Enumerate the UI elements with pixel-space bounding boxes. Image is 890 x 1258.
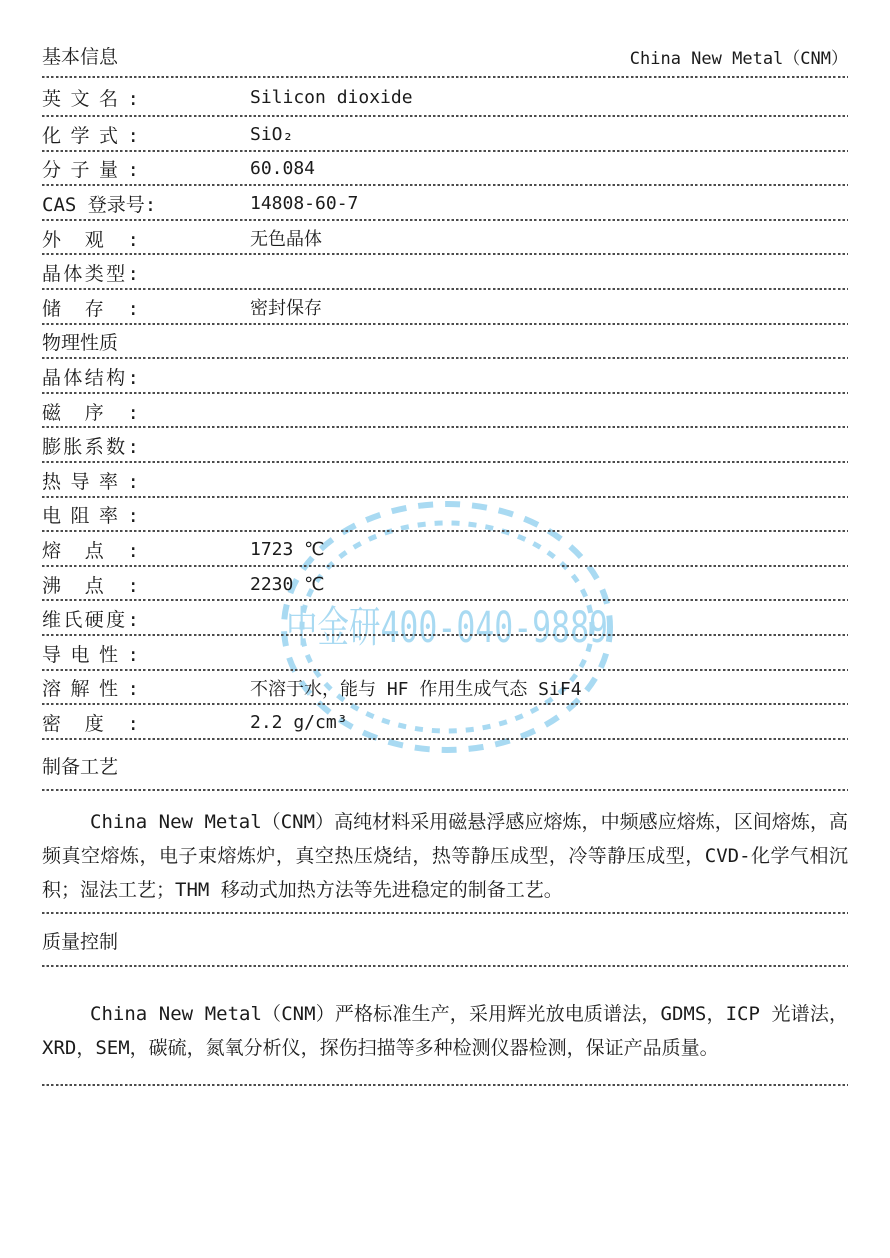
section-title-basic-info: 基本信息 bbox=[42, 42, 118, 69]
property-label: 晶体结构: bbox=[42, 363, 139, 390]
property-label: 储存: bbox=[42, 294, 139, 321]
property-label: 电阻率: bbox=[42, 501, 139, 528]
document-page: 中金研400-040-9889 基本信息 China New Metal（CNM… bbox=[0, 0, 890, 1258]
property-row: 熔点: 1723 ℃ bbox=[42, 532, 848, 567]
section-title-quality: 质量控制 bbox=[42, 927, 118, 954]
property-row: 沸点: 2230 ℃ bbox=[42, 567, 848, 602]
property-row: 储存: 密封保存 bbox=[42, 290, 848, 325]
property-value: 1723 ℃ bbox=[250, 539, 324, 560]
section-title-physical: 物理性质 bbox=[42, 328, 118, 355]
quality-paragraph: China New Metal（CNM）严格标准生产，采用辉光放电质谱法，GDM… bbox=[42, 997, 848, 1065]
property-row: 晶体结构: bbox=[42, 359, 848, 394]
preparation-paragraph: China New Metal（CNM）高纯材料采用磁悬浮感应熔炼，中频感应熔炼… bbox=[42, 805, 848, 907]
property-label: 热导率: bbox=[42, 467, 139, 494]
property-label: 膨胀系数: bbox=[42, 432, 139, 459]
header-row: 基本信息 China New Metal（CNM） bbox=[42, 0, 848, 78]
property-row: 分子量: 60.084 bbox=[42, 152, 848, 187]
property-label: CAS 登录号: bbox=[42, 190, 156, 217]
section-row-preparation: 制备工艺 bbox=[42, 740, 848, 791]
document-sheet: 基本信息 China New Metal（CNM） 英文名: Silicon d… bbox=[42, 0, 848, 1086]
section-row-physical: 物理性质 bbox=[42, 325, 848, 360]
property-row: 磁序: bbox=[42, 394, 848, 429]
property-value: 60.084 bbox=[250, 158, 315, 179]
property-value: 2.2 g/cm³ bbox=[250, 712, 348, 733]
property-row: 外观: 无色晶体 bbox=[42, 221, 848, 256]
property-value: 14808-60-7 bbox=[250, 193, 358, 214]
property-row: 维氏硬度: bbox=[42, 601, 848, 636]
property-row: 密度: 2.2 g/cm³ bbox=[42, 705, 848, 740]
property-row: 溶解性: 不溶于水，能与 HF 作用生成气态 SiF4 bbox=[42, 671, 848, 706]
property-row: 热导率: bbox=[42, 463, 848, 498]
property-label: 溶解性: bbox=[42, 674, 139, 701]
property-label: 沸点: bbox=[42, 571, 139, 598]
property-label: 外观: bbox=[42, 225, 139, 252]
property-label: 英文名: bbox=[42, 84, 139, 111]
brand-name: China New Metal（CNM） bbox=[630, 44, 848, 69]
property-value: 无色晶体 bbox=[250, 225, 322, 251]
property-label: 磁序: bbox=[42, 398, 139, 425]
property-row: 化学式: SiO₂ bbox=[42, 117, 848, 152]
property-value: 不溶于水，能与 HF 作用生成气态 SiF4 bbox=[250, 675, 582, 701]
property-label: 分子量: bbox=[42, 155, 139, 182]
property-row: CAS 登录号: 14808-60-7 bbox=[42, 186, 848, 221]
property-value: SiO₂ bbox=[250, 124, 293, 145]
property-value: Silicon dioxide bbox=[250, 87, 413, 108]
property-label: 晶体类型: bbox=[42, 259, 139, 286]
property-label: 导电性: bbox=[42, 640, 139, 667]
property-label: 化学式: bbox=[42, 121, 139, 148]
property-row: 晶体类型: bbox=[42, 255, 848, 290]
divider-line bbox=[42, 1084, 848, 1086]
property-label: 熔点: bbox=[42, 536, 139, 563]
section-title-preparation: 制备工艺 bbox=[42, 752, 118, 779]
property-label: 维氏硬度: bbox=[42, 605, 139, 632]
section-row-quality: 质量控制 bbox=[42, 914, 848, 967]
property-row: 导电性: bbox=[42, 636, 848, 671]
property-row: 膨胀系数: bbox=[42, 428, 848, 463]
property-row: 电阻率: bbox=[42, 498, 848, 533]
property-label: 密度: bbox=[42, 709, 139, 736]
property-value: 密封保存 bbox=[250, 294, 322, 320]
property-value: 2230 ℃ bbox=[250, 574, 324, 595]
property-row: 英文名: Silicon dioxide bbox=[42, 78, 848, 117]
